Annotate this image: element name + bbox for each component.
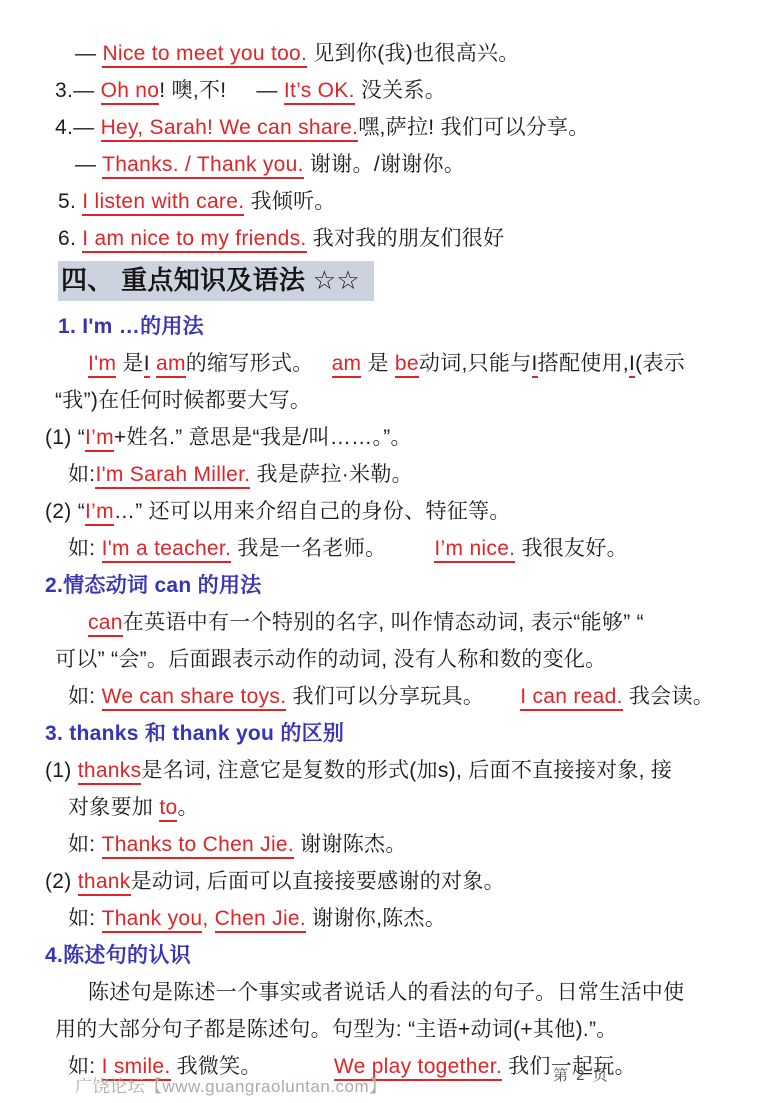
text-segment: (2) “ bbox=[45, 500, 85, 523]
text-line: “我”)在任何时候都要大写。 bbox=[55, 387, 780, 415]
text-segment: “我”)在任何时候都要大写。 bbox=[55, 389, 311, 412]
main-heading: 四、 重点知识及语法 ☆☆ bbox=[58, 261, 374, 301]
english-phrase: I listen with care. bbox=[82, 190, 244, 216]
text-segment: — bbox=[256, 79, 283, 102]
english-phrase: Thanks. / Thank you. bbox=[102, 153, 304, 179]
text-segment: 谢谢你,陈杰。 bbox=[306, 907, 446, 930]
english-phrase: I'm Sarah Miller. bbox=[95, 463, 250, 489]
english-phrase: can bbox=[88, 611, 123, 637]
text-segment: (1) bbox=[45, 759, 78, 782]
text-line: 如: We can share toys. 我们可以分享玩具。I can rea… bbox=[68, 683, 780, 711]
page-number: 第 2 页 bbox=[553, 1064, 610, 1085]
text-line: 如: I'm a teacher. 我是一名老师。I’m nice. 我很友好。 bbox=[68, 535, 780, 563]
text-segment: +姓名.” 意思是“我是/叫……。”。 bbox=[114, 426, 412, 449]
text-segment: 的缩写形式。 bbox=[186, 352, 314, 375]
text-segment: 是 bbox=[116, 352, 143, 375]
text-segment: 5. bbox=[58, 190, 82, 213]
text-line: — Thanks. / Thank you. 谢谢。/谢谢你。 bbox=[75, 151, 780, 179]
english-phrase: I am nice to my friends. bbox=[82, 227, 306, 253]
page-footer: 广饶论坛【www.guangraoluntan.com】 第 2 页 bbox=[0, 1062, 780, 1098]
text-segment: 我是萨拉·米勒。 bbox=[250, 463, 413, 486]
text-line: (2) thank是动词, 后面可以直接接要感谢的对象。 bbox=[45, 868, 780, 896]
text-segment: 在英语中有一个特别的名字, 叫作情态动词, 表示“能够” “ bbox=[123, 611, 644, 634]
text-line: 如: Thanks to Chen Jie. 谢谢陈杰。 bbox=[68, 831, 780, 859]
english-phrase: to bbox=[159, 796, 177, 822]
text-segment: 搭配使用, bbox=[538, 352, 629, 375]
english-phrase: I’m bbox=[85, 426, 114, 452]
english-phrase: thanks bbox=[78, 759, 142, 785]
text-segment: 如: bbox=[68, 685, 102, 708]
english-phrase: Nice to meet you too. bbox=[102, 42, 307, 68]
text-segment: 对象要加 bbox=[68, 796, 159, 819]
text-line: 用的大部分句子都是陈述句。句型为: “主语+动词(+其他).”。 bbox=[55, 1016, 780, 1044]
english-phrase: be bbox=[395, 352, 419, 378]
text-segment: 用的大部分句子都是陈述句。句型为: “主语+动词(+其他).”。 bbox=[55, 1018, 618, 1041]
english-phrase: Oh no bbox=[101, 79, 160, 105]
english-phrase: Thank you bbox=[102, 907, 203, 933]
text-line: 4.陈述句的认识 bbox=[45, 942, 780, 970]
text-line: can在英语中有一个特别的名字, 叫作情态动词, 表示“能够” “ bbox=[88, 609, 780, 637]
text-segment: 我会读。 bbox=[623, 685, 714, 708]
text-segment: 如: bbox=[68, 463, 95, 486]
english-phrase: Hey, Sarah! We can share. bbox=[101, 116, 359, 142]
text-line: 5. I listen with care. 我倾听。 bbox=[58, 188, 780, 216]
text-segment: 没关系。 bbox=[355, 79, 446, 102]
english-phrase: Chen Jie. bbox=[215, 907, 306, 933]
document-page: — Nice to meet you too. 见到你(我)也很高兴。3.— O… bbox=[0, 0, 780, 1103]
text-segment: — bbox=[75, 42, 102, 65]
english-phrase: Thanks to Chen Jie. bbox=[102, 833, 294, 859]
text-line: — Nice to meet you too. 见到你(我)也很高兴。 bbox=[75, 40, 780, 68]
text-segment: 可以” “会”。后面跟表示动作的动词, 没有人称和数的变化。 bbox=[55, 648, 606, 671]
text-segment: ! 噢,不! bbox=[159, 79, 226, 102]
english-phrase: I can read. bbox=[520, 685, 623, 711]
section-heading: 4.陈述句的认识 bbox=[45, 944, 191, 967]
text-line: 4.— Hey, Sarah! We can share.嘿,萨拉! 我们可以分… bbox=[55, 114, 780, 142]
text-segment: 见到你(我)也很高兴。 bbox=[307, 42, 519, 65]
text-segment: 谢谢。/谢谢你。 bbox=[304, 153, 465, 176]
text-segment: (2) bbox=[45, 870, 78, 893]
english-phrase: I'm a teacher. bbox=[102, 537, 232, 563]
text-line: (1) “I’m+姓名.” 意思是“我是/叫……。”。 bbox=[45, 424, 780, 452]
english-phrase: am bbox=[156, 352, 186, 378]
text-segment: 3.— bbox=[55, 79, 101, 102]
english-phrase: thank bbox=[78, 870, 131, 896]
english-phrase: It’s OK. bbox=[284, 79, 355, 105]
text-line: 对象要加 to。 bbox=[68, 794, 780, 822]
text-line: 3.— Oh no! 噢,不!— It’s OK. 没关系。 bbox=[55, 77, 780, 105]
english-phrase: I'm bbox=[88, 352, 116, 378]
text-line: 1. I'm …的用法 bbox=[58, 313, 780, 341]
section-heading: 3. thanks 和 thank you 的区别 bbox=[45, 722, 344, 745]
text-line: 如:I'm Sarah Miller. 我是萨拉·米勒。 bbox=[68, 461, 780, 489]
text-segment: 是动词, 后面可以直接接要感谢的对象。 bbox=[131, 870, 505, 893]
document-body: — Nice to meet you too. 见到你(我)也很高兴。3.— O… bbox=[0, 40, 780, 1090]
text-line: 四、 重点知识及语法 ☆☆ bbox=[58, 262, 780, 301]
text-segment: 。 bbox=[177, 796, 198, 819]
english-phrase: I’m bbox=[85, 500, 114, 526]
text-segment: 如: bbox=[68, 907, 102, 930]
english-phrase: We can share toys. bbox=[102, 685, 287, 711]
english-phrase: am bbox=[332, 352, 362, 378]
text-segment: 我倾听。 bbox=[244, 190, 335, 213]
section-heading: 1. I'm …的用法 bbox=[58, 315, 204, 338]
section-heading: 2.情态动词 can 的用法 bbox=[45, 574, 262, 597]
text-segment: , bbox=[202, 907, 214, 930]
text-line: (2) “I’m…” 还可以用来介绍自己的身份、特征等。 bbox=[45, 498, 780, 526]
text-line: 3. thanks 和 thank you 的区别 bbox=[45, 720, 780, 748]
text-segment: 是 bbox=[361, 352, 395, 375]
watermark-text: 广饶论坛【www.guangraoluntan.com】 bbox=[75, 1072, 387, 1097]
text-segment: 我很友好。 bbox=[515, 537, 628, 560]
text-line: 2.情态动词 can 的用法 bbox=[45, 572, 780, 600]
text-segment: 谢谢陈杰。 bbox=[294, 833, 407, 856]
text-line: 可以” “会”。后面跟表示动作的动词, 没有人称和数的变化。 bbox=[55, 646, 780, 674]
text-line: I'm 是I am的缩写形式。am 是 be动词,只能与I搭配使用,I(表示 bbox=[88, 350, 780, 378]
text-segment: (表示 bbox=[635, 352, 685, 375]
text-segment: 动词,只能与 bbox=[419, 352, 532, 375]
english-phrase: I’m nice. bbox=[434, 537, 515, 563]
text-segment: I bbox=[144, 352, 150, 378]
text-segment: 我们可以分享玩具。 bbox=[286, 685, 484, 708]
text-segment: 陈述句是陈述一个事实或者说话人的看法的句子。日常生活中使 bbox=[88, 981, 684, 1004]
text-segment: 我对我的朋友们很好 bbox=[307, 227, 505, 250]
text-line: (1) thanks是名词, 注意它是复数的形式(加s), 后面不直接接对象, … bbox=[45, 757, 780, 785]
text-segment: 如: bbox=[68, 833, 102, 856]
text-segment: 6. bbox=[58, 227, 82, 250]
text-segment: 是名词, 注意它是复数的形式(加s), 后面不直接接对象, 接 bbox=[141, 759, 672, 782]
text-line: 陈述句是陈述一个事实或者说话人的看法的句子。日常生活中使 bbox=[88, 979, 780, 1007]
text-segment: 如: bbox=[68, 537, 102, 560]
text-segment: (1) “ bbox=[45, 426, 85, 449]
text-line: 6. I am nice to my friends. 我对我的朋友们很好 bbox=[58, 225, 780, 253]
text-line: 如: Thank you, Chen Jie. 谢谢你,陈杰。 bbox=[68, 905, 780, 933]
text-segment: — bbox=[75, 153, 102, 176]
text-segment: 嘿,萨拉! 我们可以分享。 bbox=[358, 116, 589, 139]
text-segment: 我是一名老师。 bbox=[231, 537, 386, 560]
text-segment: 4.— bbox=[55, 116, 101, 139]
text-segment: …” 还可以用来介绍自己的身份、特征等。 bbox=[114, 500, 511, 523]
